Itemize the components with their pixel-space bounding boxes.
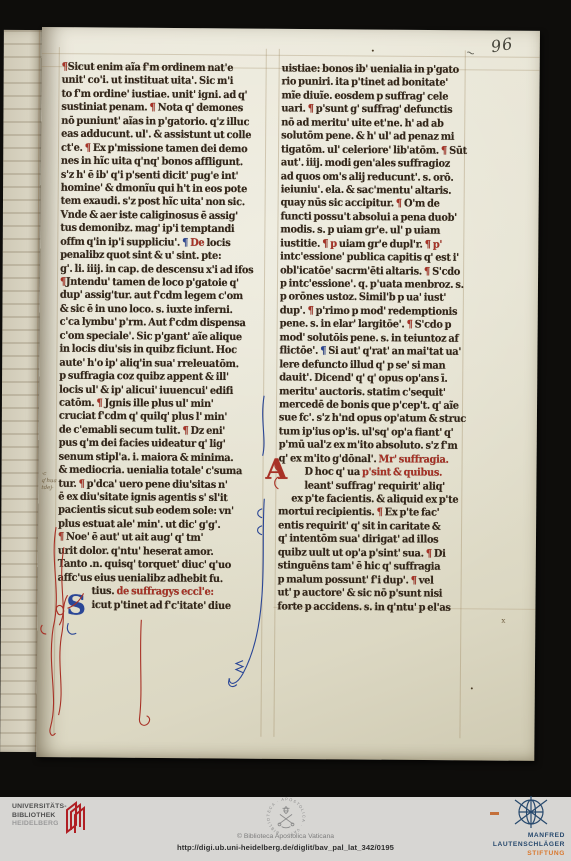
lautenschlaeger-block: MANFRED LAUTENSCHLÄGER STIFTUNG bbox=[493, 797, 565, 824]
heidelberg-logo-block: UNIVERSITÄTS- BIBLIOTHEK HEIDELBERG bbox=[12, 803, 67, 829]
lautenschlaeger-line3: STIFTUNG bbox=[493, 849, 565, 858]
source-url-text: http://digi.ub.uni-heidelberg.de/diglit/… bbox=[0, 843, 571, 852]
lautenschlaeger-line2: LAUTENSCHLÄGER bbox=[493, 840, 565, 849]
parchment-speck bbox=[372, 50, 374, 52]
footer-bar: UNIVERSITÄTS- BIBLIOTHEK HEIDELBERG BIBL… bbox=[0, 797, 571, 861]
scan-photo: 96 ~ ¶Sicut enim aĩa f'm ordinem nat'eun… bbox=[0, 0, 571, 861]
vatican-seal-icon: BIBLIOTECA · APOSTOLICA · VATICANA · bbox=[264, 797, 308, 837]
blue-flourish bbox=[67, 394, 265, 687]
globe-icon bbox=[507, 795, 551, 833]
lautenschlaeger-line1: MANFRED bbox=[493, 831, 565, 840]
vatican-copyright: © Biblioteca Apostolica Vaticana bbox=[0, 833, 571, 840]
heidelberg-books-icon bbox=[59, 800, 89, 836]
parchment-speck bbox=[471, 687, 473, 689]
pen-flourish-decoration bbox=[36, 27, 540, 761]
vatican-seal-text: BIBLIOTECA · APOSTOLICA · VATICANA · bbox=[264, 797, 307, 837]
svg-text:BIBLIOTECA · APOSTOLICA · VATI: BIBLIOTECA · APOSTOLICA · VATICANA · bbox=[264, 797, 307, 837]
vatican-keys-tiara-icon bbox=[278, 807, 294, 828]
manuscript-page: 96 ~ ¶Sicut enim aĩa f'm ordinem nat'eun… bbox=[36, 27, 540, 761]
red-flourish bbox=[40, 457, 279, 737]
